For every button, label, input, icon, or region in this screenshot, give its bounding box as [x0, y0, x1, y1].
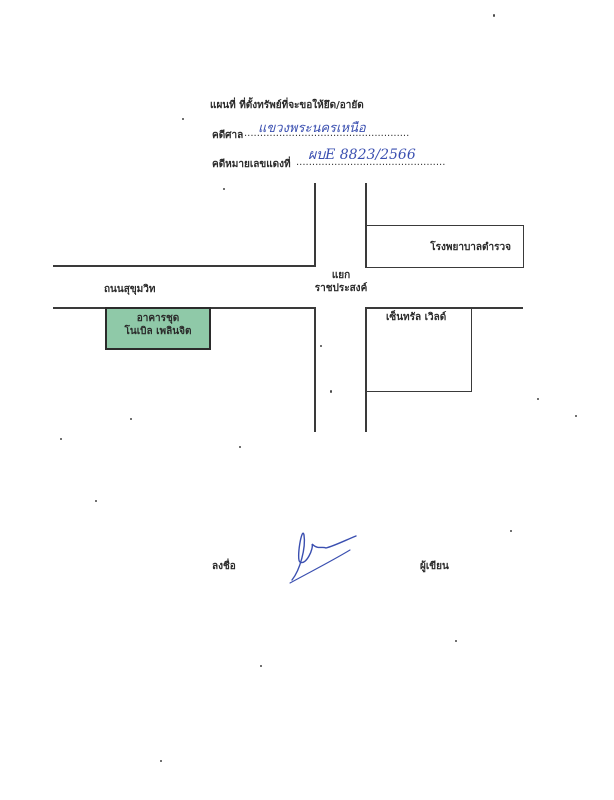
scan-speck [223, 188, 225, 190]
scan-speck [60, 438, 62, 440]
writer-label: ผู้เขียน [420, 559, 449, 574]
scan-speck [510, 530, 512, 532]
scan-speck [320, 345, 322, 347]
scan-speck [260, 665, 262, 667]
signature-scribble [0, 0, 614, 800]
scan-speck [455, 640, 457, 642]
scan-speck [95, 500, 97, 502]
scan-speck [330, 390, 332, 393]
scan-speck [160, 760, 162, 762]
scan-speck [182, 118, 184, 120]
scan-speck [239, 446, 241, 448]
scan-speck [130, 418, 132, 420]
scan-speck [537, 398, 539, 400]
scan-speck [575, 415, 577, 417]
scan-speck [493, 14, 495, 17]
